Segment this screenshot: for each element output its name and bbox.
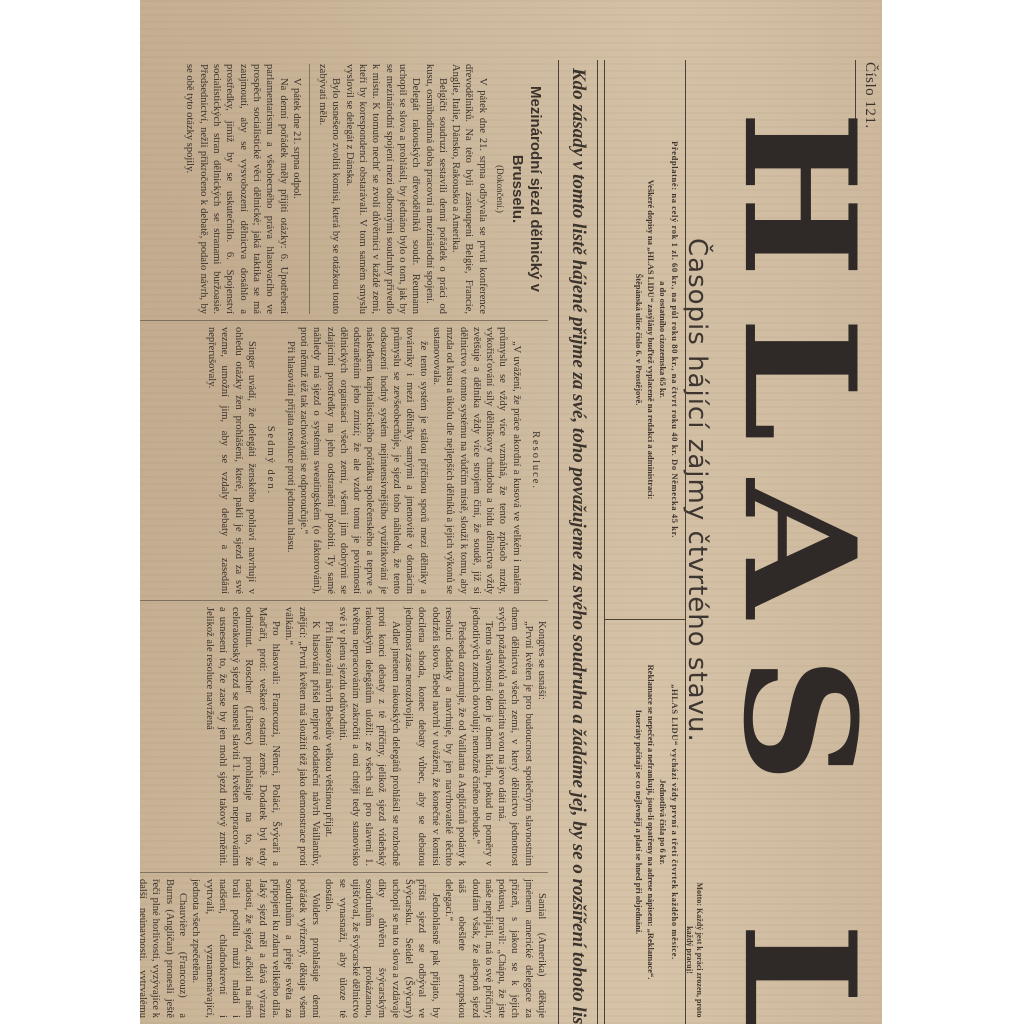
continuation-note: (Dokončení.) — [493, 64, 506, 314]
publication-box: „HLAS LIDU“ vychází vždy první a třetí č… — [604, 620, 686, 1024]
section-heading: Sedmý den. — [264, 327, 277, 594]
newspaper-scan: Číslo 121. HLAS LIDU Časopis hájící zájm… — [140, 0, 882, 1024]
paragraph: Volders prohlašuje denní pořádek vyřízen… — [189, 879, 322, 1018]
subscription-address: Štěpánská ulice číslo 6. v Prostějově. — [633, 60, 645, 619]
publication-schedule: „HLAS LIDU“ vychází vždy první a třetí č… — [669, 620, 681, 1024]
masthead-subtitle: Časopis hájící zájmy čtvrtého stavu. — [682, 238, 712, 743]
ads-note: Inseráty počítají se co nejlevněji a pla… — [633, 620, 645, 1024]
paragraph: že tento systém je stálou příčinou sporů… — [297, 327, 430, 594]
paragraph: Na denní pořádek měly přijíti otázky: 6.… — [183, 64, 289, 314]
paragraph: Delegát rakouských dřevodělníků soudr. R… — [342, 64, 422, 314]
paragraph: „V uvážení, že práce akordní a kusová ve… — [430, 327, 523, 594]
subscription-box: Předplatné: na celý rok 1 zl. 60 kr., na… — [604, 60, 686, 620]
paragraph: Sanial (Amerika) děkuje jménem americké … — [442, 879, 548, 1018]
column-1: Mezinárodní sjezd dělnický v Brusselu. (… — [140, 58, 548, 320]
column-3: Kongres se usnáší: „První květen je pro … — [140, 600, 548, 872]
subscription-prices-abroad: a do ostatního cizozemska 65 kr. — [657, 60, 669, 619]
newspaper-page: Číslo 121. HLAS LIDU Časopis hájící zájm… — [140, 0, 882, 1024]
section-heading: Resoluce. — [529, 327, 542, 594]
paragraph: K hlasování přišel nejprvé dodateční náv… — [282, 607, 322, 866]
article-columns: Mezinárodní sjezd dělnický v Brusselu. (… — [140, 58, 548, 1024]
section-heading: Kongres se usnáší: — [535, 607, 548, 866]
paragraph: Chauvière (Francouz) a Burns (Angličan) … — [140, 879, 189, 1018]
paragraph: Předseda oznamuje, že od Vaillanta a Ang… — [402, 607, 468, 866]
paragraph: Tento slavnostní den je dnem klidu, poku… — [468, 607, 495, 866]
motto: Motto: Každý jest k práci zrozen, proto … — [684, 875, 704, 1024]
divider — [309, 64, 310, 314]
paragraph: V pátek dne 21. srpna odbývala se první … — [449, 64, 489, 314]
complaints-note: Reklamace se nepečetí a nefrankují, jsou… — [645, 620, 657, 1024]
paragraph: Adler jménem rakouských delegátů prohlás… — [335, 607, 401, 866]
masthead-title: HLAS LIDU — [736, 110, 862, 1010]
paragraph: Bylo usnešeno zvoliti komisi, která by s… — [316, 64, 343, 314]
article-title: Mezinárodní sjezd dělnický v Brusselu. — [508, 64, 544, 314]
paragraph: „První květen je pro budoucnost společný… — [495, 607, 535, 866]
column-4: Sanial (Amerika) děkuje jménem americké … — [140, 872, 548, 1024]
paragraph: Singer uvádí, že delegáti ženského pohla… — [205, 327, 258, 594]
subscription-contact: Veškeré dopisy na „HLAS LIDU“ zasýlány b… — [645, 60, 657, 619]
paragraph: Při hlasování návrh Bebelův velkou větši… — [322, 607, 335, 866]
paragraph: Při hlasování přijata resoluce proti jed… — [283, 327, 296, 594]
motto-banner: Kdo zásady v tomto listě hájené přijme z… — [558, 60, 598, 1024]
paragraph: V pátek dne 21. srpna odpol. — [290, 64, 303, 314]
paragraph: Jednohlasně pak přijato, by příští sjezd… — [322, 879, 442, 1018]
column-2: Resoluce. „V uvážení, že práce akordní a… — [140, 320, 548, 600]
paragraph: Pro hlasovali: Francouzi, Němci, Poláci,… — [202, 607, 282, 866]
paragraph: Belgičtí soudruzi sestavili denní pořáde… — [422, 64, 449, 314]
subscription-prices: Předplatné: na celý rok 1 zl. 60 kr., na… — [669, 60, 681, 619]
single-issue-price: Jednotlivá čísla po 6 kr. — [657, 620, 669, 1024]
